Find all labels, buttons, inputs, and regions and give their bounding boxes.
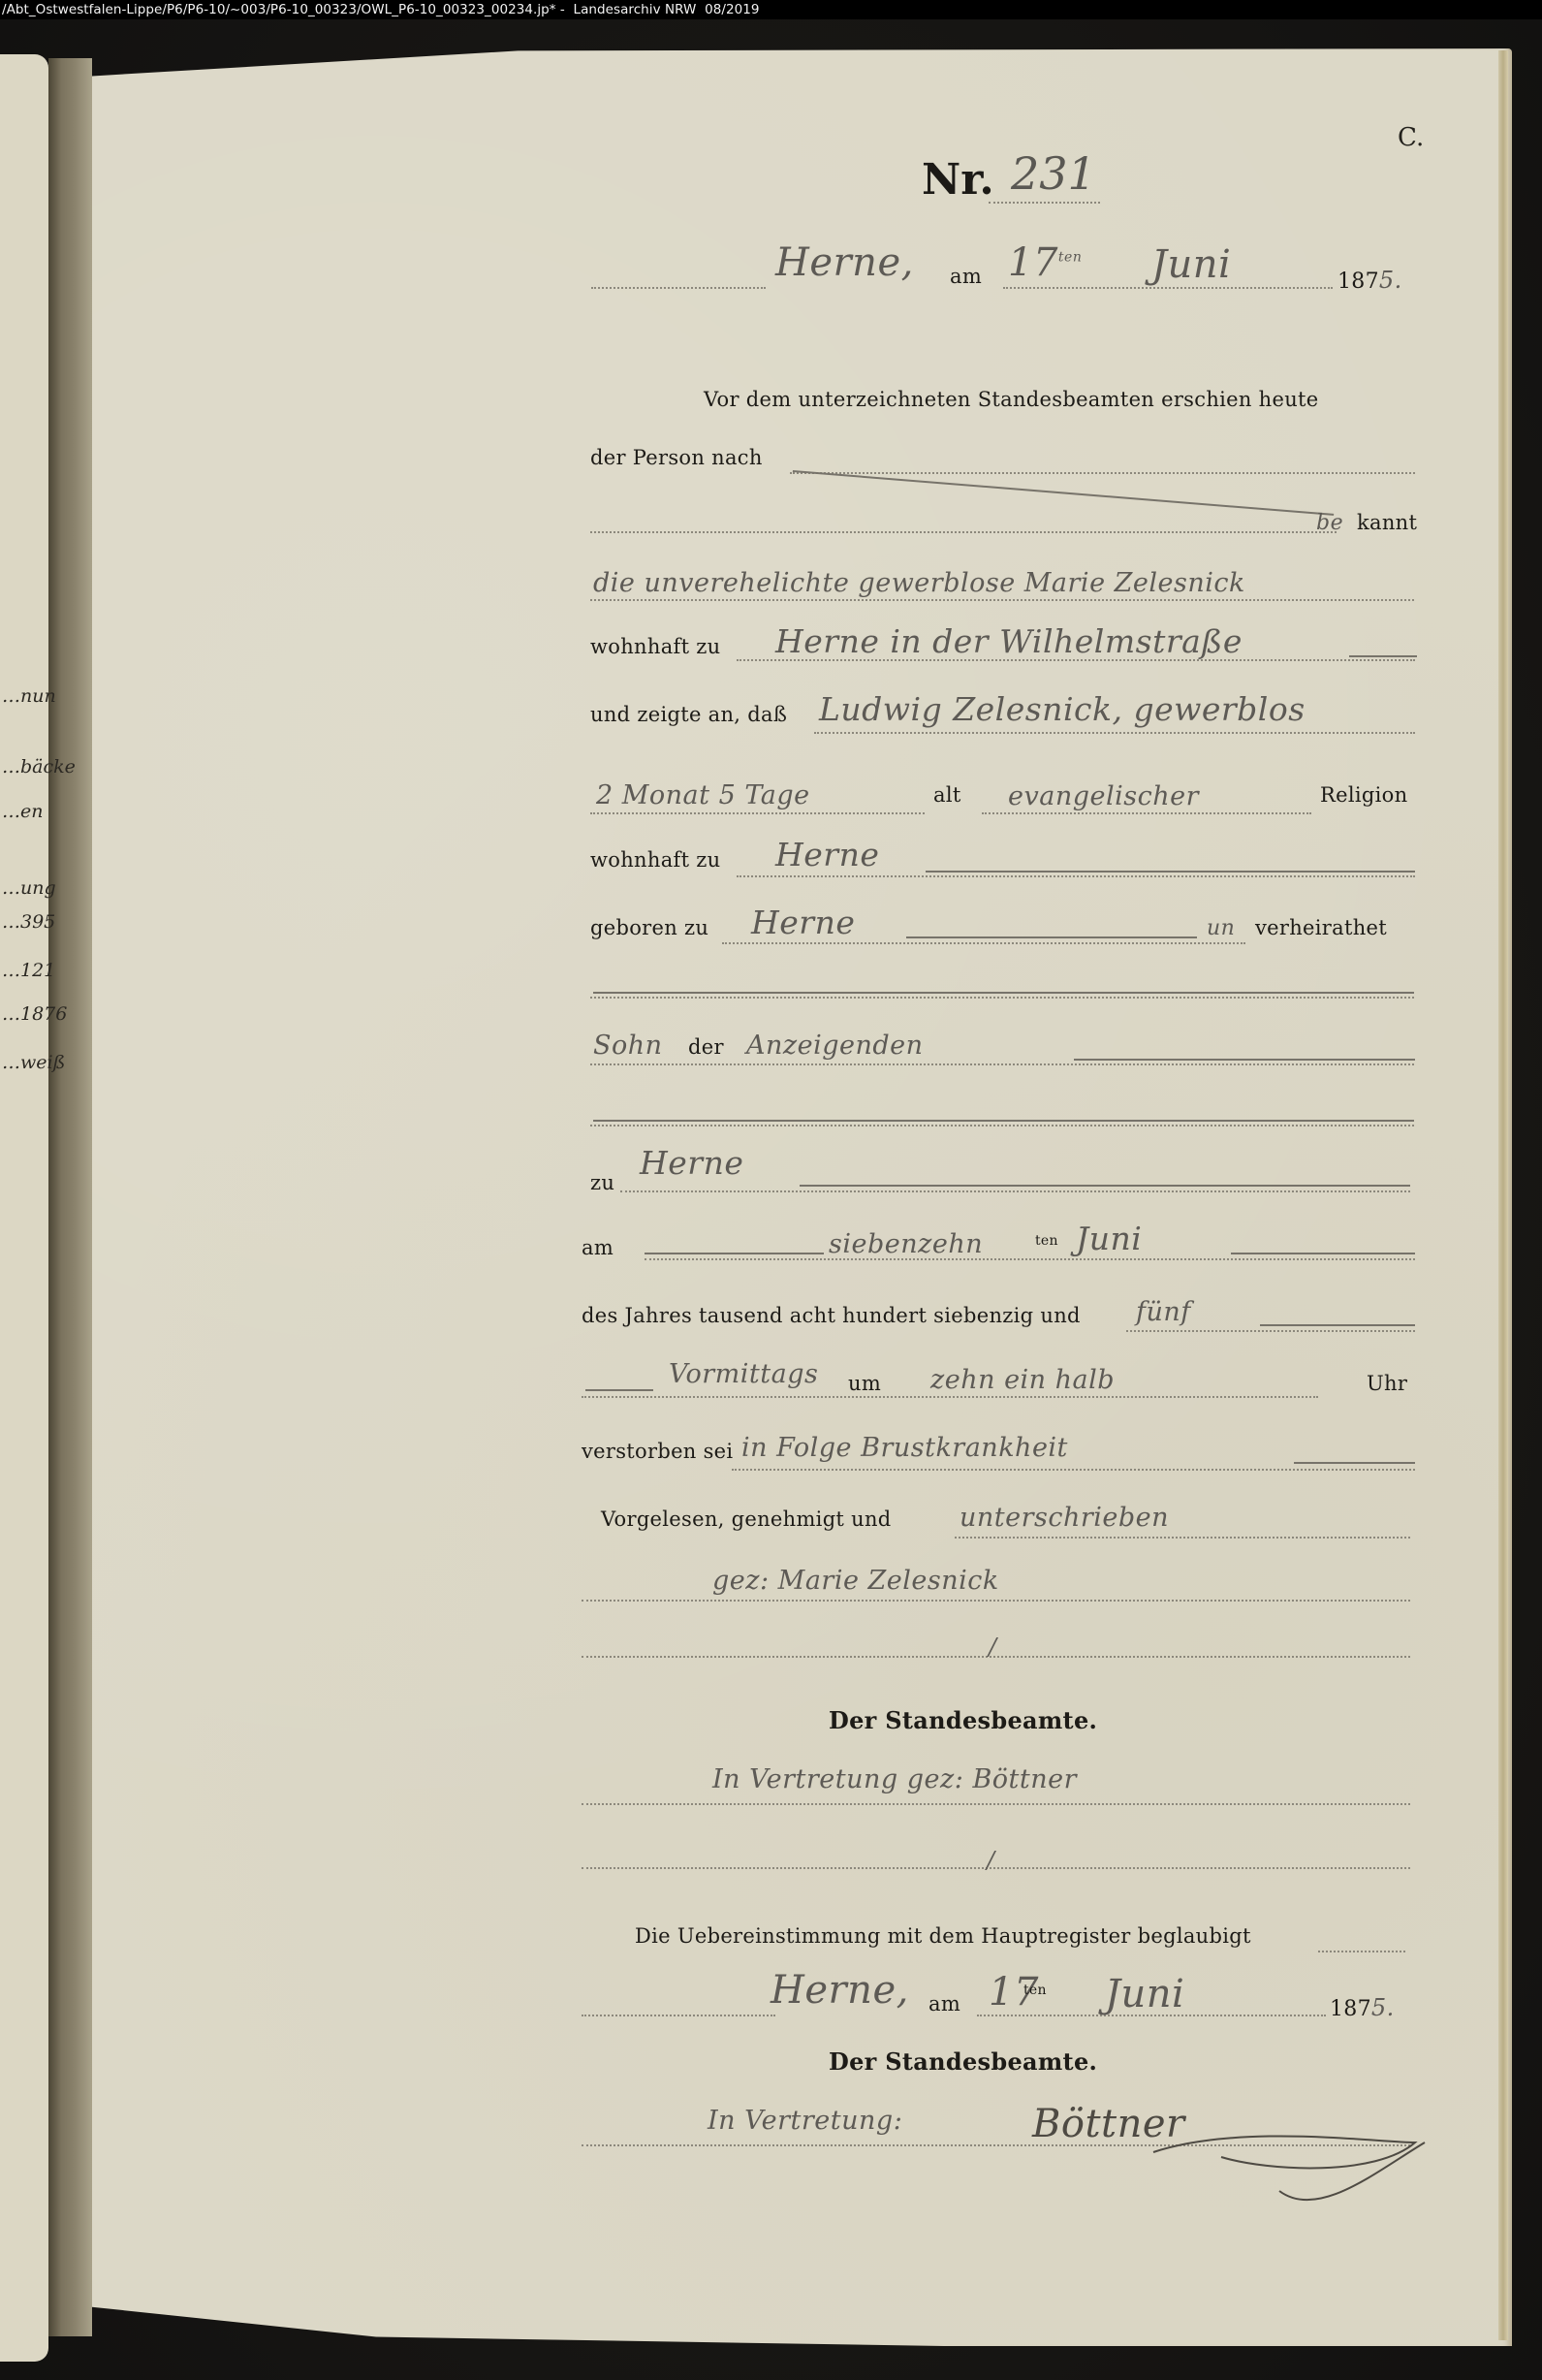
death-date-label: am <box>582 1236 614 1259</box>
year-printed: 1875. <box>1337 267 1402 294</box>
birthplace-handwritten: Herne <box>751 904 855 941</box>
married-label: verheirathet <box>1255 916 1387 939</box>
fill-dash <box>1074 1059 1415 1061</box>
margin-note: …nun <box>2 685 56 707</box>
time-of-day-handwritten: Vormittags <box>669 1359 818 1389</box>
dotted-rule <box>1126 1330 1415 1332</box>
fill-dash <box>926 871 1415 873</box>
certification-text: Die Uebereinstimmung mit dem Hauptregist… <box>635 1924 1251 1948</box>
cert-month-handwritten: Juni <box>1105 1972 1184 2016</box>
dotted-rule <box>590 812 925 814</box>
day-handwritten: 17ten <box>1008 240 1082 285</box>
dotted-rule <box>591 287 766 289</box>
known-prefix-handwritten: be <box>1316 511 1343 535</box>
residence-label: wohnhaft zu <box>590 848 721 872</box>
dotted-rule <box>1003 287 1333 289</box>
official-title: Der Standesbeamte. <box>829 1706 1097 1734</box>
dotted-rule <box>590 997 1414 999</box>
dotted-rule <box>737 875 1415 877</box>
dotted-rule <box>590 1063 1414 1065</box>
relation-printed: der <box>688 1035 724 1059</box>
declarant-handwritten: die unverehelichte gewerblose Marie Zele… <box>593 568 1245 598</box>
dotted-rule <box>582 2015 775 2016</box>
cause-handwritten: in Folge Brustkrankheit <box>741 1433 1068 1463</box>
cert-place-handwritten: Herne, <box>771 1968 909 2013</box>
cert-year: 1875. <box>1330 1994 1395 2021</box>
record-number-label: Nr. <box>922 155 994 205</box>
slash-mark: / <box>987 1847 995 1874</box>
dotted-rule <box>1318 1951 1405 1952</box>
signed-handwritten: unterschrieben <box>960 1503 1169 1533</box>
dotted-rule <box>989 202 1100 204</box>
death-place-label: zu <box>590 1171 614 1194</box>
fill-dash <box>593 992 1414 994</box>
dotted-rule <box>590 531 1337 533</box>
margin-note: …1876 <box>2 1003 67 1025</box>
dotted-rule <box>582 1867 1410 1869</box>
am-label: am <box>950 265 982 288</box>
time-label: um <box>848 1372 881 1395</box>
cert-am-label: am <box>928 1992 960 2015</box>
age-label: alt <box>933 783 961 807</box>
death-month-handwritten: Juni <box>1076 1220 1142 1257</box>
margin-note: …en <box>2 801 43 822</box>
previous-page-strip <box>0 54 48 2362</box>
fill-dash <box>1231 1253 1415 1254</box>
day-suffix: ten <box>1035 1233 1058 1249</box>
dotted-rule <box>982 812 1311 814</box>
fill-dash <box>906 936 1197 938</box>
dotted-rule <box>582 1396 1318 1398</box>
time-handwritten: zehn ein halb <box>930 1365 1115 1395</box>
person-label: der Person nach <box>590 446 763 469</box>
birthplace-label: geboren zu <box>590 916 708 939</box>
year-label: des Jahres tausend acht hundert siebenzi… <box>582 1304 1081 1327</box>
margin-note: …bäcke <box>2 756 76 777</box>
margin-note: …ung <box>2 877 56 899</box>
dotted-rule <box>814 732 1415 734</box>
place-handwritten: Herne, <box>775 240 914 285</box>
dotted-rule <box>582 1803 1410 1805</box>
dotted-rule <box>582 1600 1410 1602</box>
month-handwritten: Juni <box>1151 242 1231 287</box>
age-handwritten: 2 Monat 5 Tage <box>596 780 810 810</box>
dotted-rule <box>732 1469 1415 1471</box>
fill-dash <box>1294 1462 1415 1464</box>
record-number-value: 231 <box>1011 147 1096 200</box>
signature-flourish <box>1124 2084 1434 2230</box>
dotted-rule <box>590 599 1414 601</box>
intro-line: Vor dem unterzeichneten Standesbeamten e… <box>704 388 1319 411</box>
year-handwritten: fünf <box>1136 1297 1191 1327</box>
known-label: kannt <box>1357 511 1417 534</box>
death-place-handwritten: Herne <box>640 1144 743 1182</box>
window-title-bar: /Abt_Ostwestfalen-Lippe/P6/P6-10/~003/P6… <box>0 0 1542 19</box>
married-prefix-handwritten: un <box>1207 916 1235 940</box>
dotted-rule <box>645 1258 1415 1260</box>
died-label: verstorben sei <box>582 1440 733 1463</box>
dotted-rule <box>790 472 1415 474</box>
dotted-rule <box>590 1125 1414 1127</box>
religion-handwritten: evangelischer <box>1008 781 1199 811</box>
fill-dash <box>593 1120 1414 1122</box>
dotted-rule <box>620 1190 1410 1192</box>
page-edge <box>1498 50 1508 2340</box>
cert-day-suffix: ten <box>1023 1983 1047 1998</box>
residence-label: wohnhaft zu <box>590 635 721 658</box>
book-gutter <box>48 58 92 2336</box>
section-letter: C. <box>1398 123 1424 152</box>
fill-dash <box>1260 1324 1415 1326</box>
cert-signature-prefix: In Vertretung: <box>708 2106 902 2136</box>
slash-mark: / <box>989 1634 997 1661</box>
fill-dash <box>645 1253 824 1254</box>
margin-note: …weiß <box>2 1052 65 1073</box>
relation-handwritten: Sohn <box>593 1031 663 1061</box>
official-title-certification: Der Standesbeamte. <box>829 2047 1097 2076</box>
deceased-residence-handwritten: Herne <box>775 836 879 873</box>
deceased-name-handwritten: Ludwig Zelesnick, gewerblos <box>819 690 1306 728</box>
margin-note: …395 <box>2 911 55 933</box>
fill-dash <box>585 1389 653 1391</box>
uhr-label: Uhr <box>1367 1372 1407 1395</box>
declarant-residence-handwritten: Herne in der Wilhelmstraße <box>775 622 1243 660</box>
read-approved-label: Vorgelesen, genehmigt und <box>601 1507 892 1531</box>
relation-end-handwritten: Anzeigenden <box>746 1031 924 1061</box>
dotted-rule <box>722 942 1245 944</box>
margin-note: …121 <box>2 960 55 981</box>
announced-label: und zeigte an, daß <box>590 703 787 726</box>
fill-dash <box>800 1185 1410 1187</box>
dotted-rule <box>955 1537 1410 1539</box>
death-day-handwritten: siebenzehn <box>829 1229 983 1259</box>
official-signature: In Vertretung gez: Böttner <box>712 1764 1077 1794</box>
fill-dash <box>1349 655 1417 657</box>
declarant-signature: gez: Marie Zelesnick <box>712 1566 999 1596</box>
window-title: /Abt_Ostwestfalen-Lippe/P6/P6-10/~003/P6… <box>2 2 760 17</box>
religion-label: Religion <box>1320 783 1407 807</box>
